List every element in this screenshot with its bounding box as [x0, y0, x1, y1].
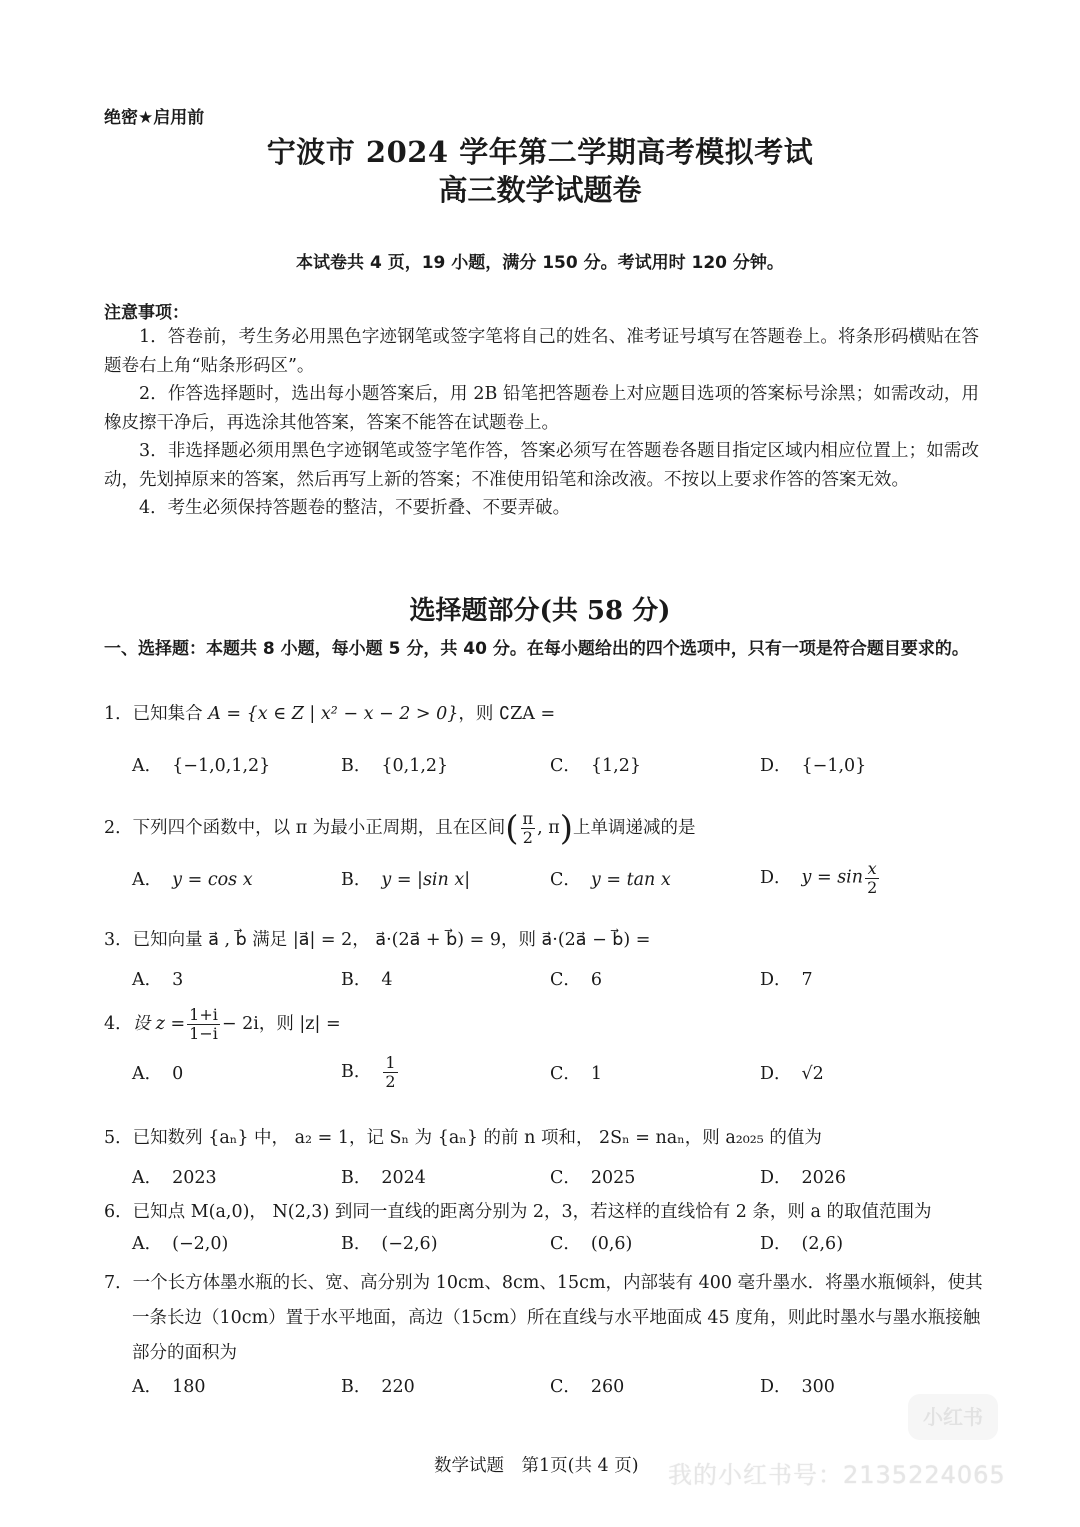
exam-subtitle: 高三数学试题卷: [0, 168, 1080, 209]
option-b: B．4: [341, 966, 393, 991]
option-c: C．y = tan x: [550, 866, 671, 891]
question-number: 4．: [104, 1014, 133, 1034]
option-d: D．√2: [760, 1060, 824, 1085]
question-3: 3．已知向量 a⃗ , b⃗ 满足 |a⃗| = 2， a⃗·(2a⃗ + b⃗…: [104, 922, 984, 958]
option-c: C．260: [550, 1373, 624, 1398]
option-a: A．{−1,0,1,2}: [132, 752, 270, 777]
option-c: C．1: [550, 1060, 602, 1085]
options-1: A．{−1,0,1,2} B．{0,1,2} C．{1,2} D．{−1,0}: [132, 752, 992, 788]
option-c: C．(0,6): [550, 1230, 632, 1255]
option-b: B．y = |sin x|: [341, 866, 470, 891]
option-d: D．{−1,0}: [760, 752, 866, 777]
section-title: 选择题部分(共 58 分): [0, 590, 1080, 627]
exam-title: 宁波市 2024 学年第二学期高考模拟考试: [0, 130, 1080, 171]
option-b: B．12: [341, 1054, 400, 1090]
watermark-logo-icon: 小红书: [908, 1394, 998, 1440]
notes-list: 1．答卷前，考生务必用黑色字迹钢笔或签字笔将自己的姓名、准考证号填写在答题卷上。…: [104, 323, 979, 523]
option-b: B．(−2,6): [341, 1230, 438, 1255]
question-4: 4．设 z =1+i1−i− 2i，则 |z| =: [104, 1002, 984, 1046]
option-d: D．2026: [760, 1164, 846, 1189]
note-item: 3．非选择题必须用黑色字迹钢笔或签字笔作答，答案必须写在答题卷各题目指定区域内相…: [104, 437, 979, 494]
option-d: D．y = sinx2: [760, 860, 881, 896]
question-7: 7．一个长方体墨水瓶的长、宽、高分别为 10cm、8cm、15cm，内部装有 4…: [104, 1266, 984, 1371]
question-number: 7．: [104, 1273, 133, 1293]
question-5: 5．已知数列 {aₙ} 中， a₂ = 1，记 Sₙ 为 {aₙ} 的前 n 项…: [104, 1120, 984, 1156]
question-1: 1．已知集合 A = {x ∈ Z | x² − x − 2 > 0}，则 ∁Z…: [104, 696, 984, 732]
option-a: A．y = cos x: [132, 866, 253, 891]
exam-info: 本试卷共 4 页，19 小题，满分 150 分。考试用时 120 分钟。: [0, 248, 1080, 273]
fraction: π2: [521, 810, 536, 846]
watermark-text: 我的小红书号：2135224065: [668, 1455, 1006, 1490]
note-item: 1．答卷前，考生务必用黑色字迹钢笔或签字笔将自己的姓名、准考证号填写在答题卷上。…: [104, 323, 979, 380]
question-number: 3．: [104, 930, 133, 950]
note-item: 4．考生必须保持答题卷的整洁，不要折叠、不要弄破。: [104, 494, 979, 523]
option-b: B．{0,1,2}: [341, 752, 448, 777]
options-2: A．y = cos x B．y = |sin x| C．y = tan x D．…: [132, 866, 992, 902]
option-d: D．(2,6): [760, 1230, 843, 1255]
options-4: A．0 B．12 C．1 D．√2: [132, 1060, 992, 1096]
option-b: B．2024: [341, 1164, 426, 1189]
question-math: A = {x ∈ Z | x² − x − 2 > 0}: [208, 704, 458, 724]
option-d: D．7: [760, 966, 813, 991]
option-a: A．3: [132, 966, 183, 991]
option-b: B．220: [341, 1373, 415, 1398]
options-6: A．(−2,0) B．(−2,6) C．(0,6) D．(2,6): [132, 1230, 992, 1266]
question-number: 1．: [104, 704, 133, 724]
question-number: 2．: [104, 818, 133, 838]
notes-title: 注意事项：: [104, 298, 189, 323]
question-2: 2．下列四个函数中，以 π 为最小正周期，且在区间(π2, π)上单调递减的是: [104, 806, 984, 851]
option-c: C．2025: [550, 1164, 635, 1189]
options-7: A．180 B．220 C．260 D．300: [132, 1373, 992, 1409]
page-footer: 数学试题 第1页(共 4 页): [434, 1452, 639, 1477]
confidential-label: 绝密★启用前: [104, 103, 204, 128]
question-number: 5．: [104, 1128, 133, 1148]
option-c: C．{1,2}: [550, 752, 641, 777]
option-d: D．300: [760, 1373, 835, 1398]
part-heading: 一、选择题：本题共 8 小题，每小题 5 分，共 40 分。在每小题给出的四个选…: [104, 636, 984, 662]
note-item: 2．作答选择题时，选出每小题答案后，用 2B 铅笔把答题卷上对应题目选项的答案标…: [104, 380, 979, 437]
option-a: A．0: [132, 1060, 183, 1085]
option-c: C．6: [550, 966, 602, 991]
question-number: 6．: [104, 1202, 133, 1222]
question-6: 6．已知点 M(a,0)， N(2,3) 到同一直线的距离分别为 2，3，若这样…: [104, 1194, 984, 1230]
option-a: A．180: [132, 1373, 206, 1398]
option-a: A．2023: [132, 1164, 217, 1189]
options-3: A．3 B．4 C．6 D．7: [132, 966, 992, 1002]
option-a: A．(−2,0): [132, 1230, 228, 1255]
